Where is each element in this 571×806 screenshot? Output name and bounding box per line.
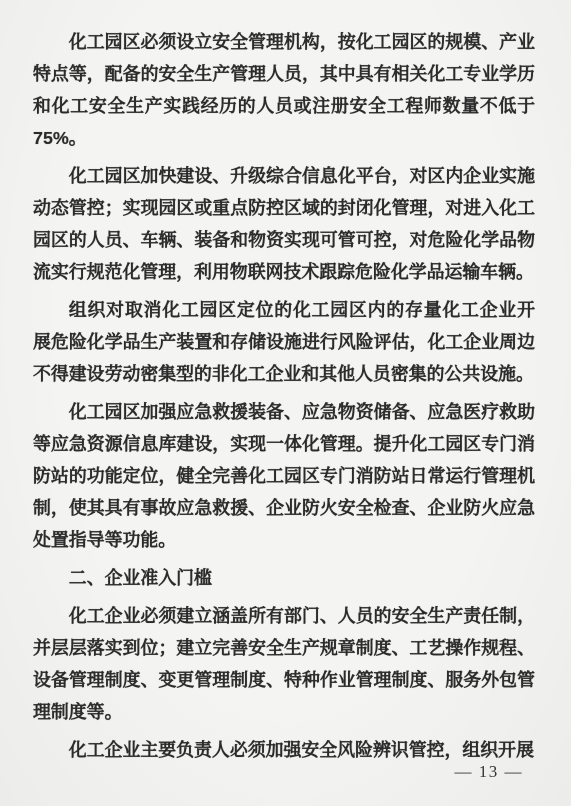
text-line: 理制度等。	[33, 696, 535, 728]
text-line: 展危险化学品生产装置和存储设施进行风险评估，化工企业周边	[33, 326, 535, 358]
text-line: 和化工安全生产实践经历的人员或注册安全工程师数量不低于	[33, 90, 535, 122]
text-line: 防站的功能定位，健全完善化工园区专门消防站日常运行管理机	[33, 460, 535, 492]
text-line: 不得建设劳动密集型的非化工企业和其他人员密集的公共设施。	[33, 358, 535, 390]
document-body: 化工园区必须设立安全管理机构，按化工园区的规模、产业特点等，配备的安全生产管理人…	[33, 26, 535, 772]
text-line: 化工园区必须设立安全管理机构，按化工园区的规模、产业	[33, 26, 535, 58]
paragraph: 化工园区加强应急救援装备、应急物资储备、应急医疗救助等应急资源信息库建设，实现一…	[33, 396, 535, 556]
text-line: 75%。	[33, 122, 535, 154]
text-line: 设备管理制度、变更管理制度、特种作业管理制度、服务外包管	[33, 664, 535, 696]
document-page: 化工园区必须设立安全管理机构，按化工园区的规模、产业特点等，配备的安全生产管理人…	[0, 0, 571, 806]
text-line: 并层层落实到位；建立完善安全生产规章制度、工艺操作规程、	[33, 632, 535, 664]
text-line: 处置指导等功能。	[33, 524, 535, 556]
paragraph: 化工园区加快建设、升级综合信息化平台，对区内企业实施动态管控；实现园区或重点防控…	[33, 160, 535, 288]
text-line: 等应急资源信息库建设，实现一体化管理。提升化工园区专门消	[33, 428, 535, 460]
text-line: 动态管控；实现园区或重点防控区域的封闭化管理，对进入化工	[33, 192, 535, 224]
text-line: 化工园区加快建设、升级综合信息化平台，对区内企业实施	[33, 160, 535, 192]
paragraph: 化工企业必须建立涵盖所有部门、人员的安全生产责任制，并层层落实到位；建立完善安全…	[33, 600, 535, 728]
text-line: 制，使其具有事故应急救援、企业防火安全检查、企业防火应急	[33, 492, 535, 524]
paragraph: 组织对取消化工园区定位的化工园区内的存量化工企业开展危险化学品生产装置和存储设施…	[33, 294, 535, 390]
text-line: 特点等，配备的安全生产管理人员，其中具有相关化工专业学历	[33, 58, 535, 90]
page-number: — 13 —	[455, 762, 524, 782]
text-line: 化工园区加强应急救援装备、应急物资储备、应急医疗救助	[33, 396, 535, 428]
text-line: 园区的人员、车辆、装备和物资实现可管可控，对危险化学品物	[33, 224, 535, 256]
section-heading: 二、企业准入门槛	[33, 562, 535, 594]
text-line: 流实行规范化管理，利用物联网技术跟踪危险化学品运输车辆。	[33, 256, 535, 288]
text-line: 二、企业准入门槛	[33, 562, 535, 594]
text-line: 化工企业必须建立涵盖所有部门、人员的安全生产责任制，	[33, 600, 535, 632]
text-line: 组织对取消化工园区定位的化工园区内的存量化工企业开	[33, 294, 535, 326]
paragraph: 化工园区必须设立安全管理机构，按化工园区的规模、产业特点等，配备的安全生产管理人…	[33, 26, 535, 154]
